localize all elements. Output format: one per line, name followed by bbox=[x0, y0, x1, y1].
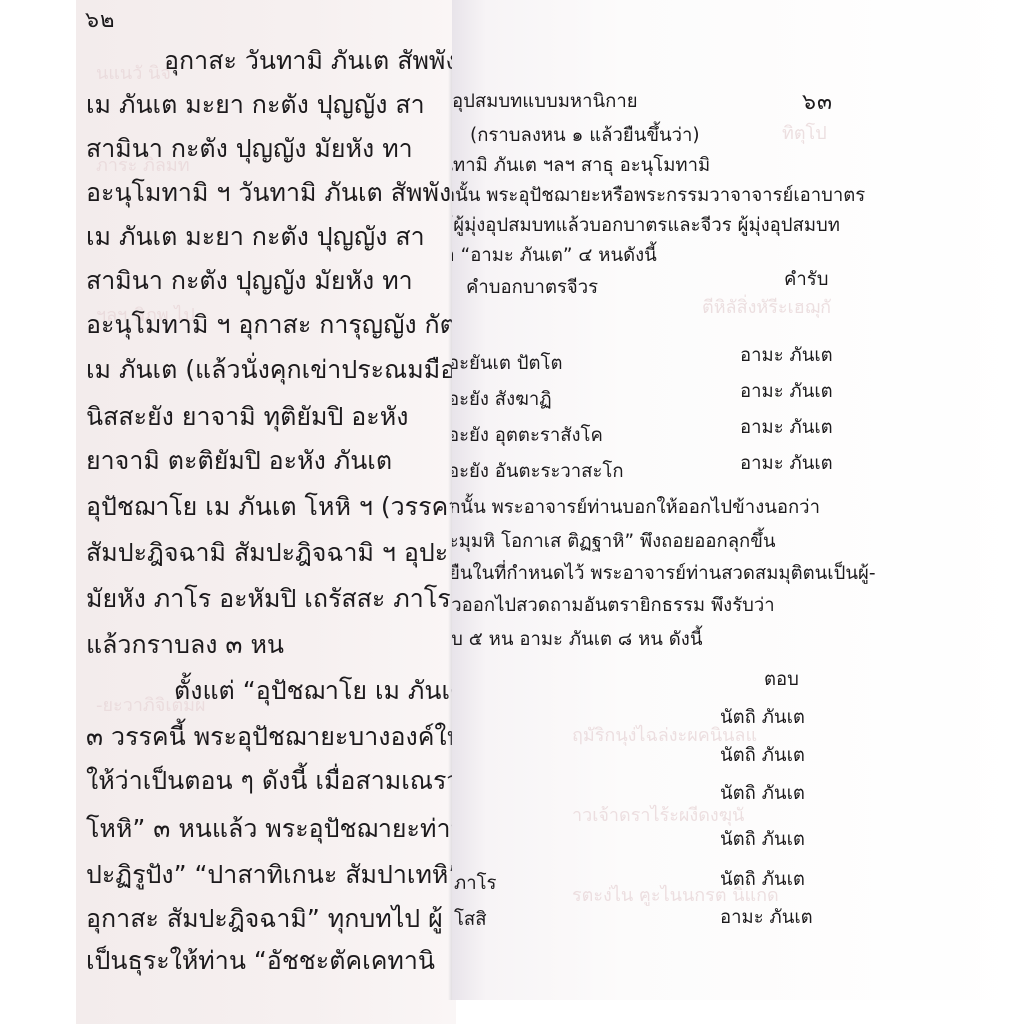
text-line: วันทามิ ภันเต ฯลฯ สาธุ อะนุโมทามิ bbox=[452, 154, 710, 178]
robe-item: อะยัง อุตตะราสังโค bbox=[452, 424, 603, 448]
answer-line: นัตถิ ภันเต bbox=[720, 868, 805, 892]
reply-heading: คำรับ bbox=[784, 268, 828, 292]
text-line: อุปัชฌาโย เม ภันเต โหหิ ฯ (วรรคว่า bbox=[86, 492, 456, 522]
text-line: ตอบ ๕ หน อามะ ภันเต ๘ หน ดังนี้ bbox=[452, 628, 703, 652]
left-page: นแนวั นิจ ภาระ ภิลมท ฯลฯ พิภพ ไป -ยะวาภิ… bbox=[76, 0, 456, 1024]
text-line: ต่อนั้น พระอุปัชฌายะหรือพระกรรมวาจาจารย์… bbox=[452, 184, 865, 208]
text-line: อุกาสะ สัมปะฎิจฉามิ” ทุกบทไป ผู้ bbox=[86, 904, 443, 934]
text-line: อุกาสะ วันทามิ ภันเต สัพพัง bbox=[164, 46, 456, 76]
robe-reply: อามะ ภันเต bbox=[740, 344, 833, 368]
answer-line: นัตถิ ภันเต bbox=[720, 828, 805, 852]
text-line: ให้ว่าเป็นตอน ๆ ดังนี้ เมื่อสามเณรว่า “ bbox=[86, 766, 456, 796]
answer-line: นัตถิ ภันเต bbox=[720, 782, 805, 806]
text-line: เม ภันเต มะยา กะตัง ปุญญัง สา bbox=[86, 222, 425, 252]
text-line: เม ภันเต (แล้วนั่งคุกเข่าประณมมือ bbox=[86, 355, 455, 385]
bleed-through-text: นแนวั นิจ bbox=[96, 58, 171, 87]
text-line: เป็นธุระให้ท่าน “อัชชะตัคเคทานิ bbox=[86, 946, 435, 976]
text-line: จากนั้น พระอาจารย์ท่านบอกให้ออกไปข้างนอก… bbox=[452, 496, 820, 520]
text-line: โหหิ” ๓ หนแล้ว พระอุปัชฌายะท่าน bbox=[86, 814, 456, 844]
text-line: แล้วกราบลง ๓ หน bbox=[86, 630, 284, 660]
text-line: อะนุโมทามิ ฯ วันทามิ ภันเต สัพพัง bbox=[86, 178, 451, 208]
page-number-left: ๖๒ bbox=[85, 2, 115, 37]
text-line: แล้วออกไปสวดถามอันตรายิกธรรม พึงรับว่า bbox=[452, 594, 775, 618]
text-fragment: โสสิ bbox=[454, 908, 487, 932]
right-page: ทิตุโป ตีหิลัสิ่งหัรีะเฮฌุกั ฤมัริกนุง่ไ… bbox=[452, 0, 1024, 1000]
robes-heading: คำบอกบาตรจีวร bbox=[466, 276, 598, 300]
background-margin bbox=[0, 0, 76, 1024]
text-line: นิสสะยัง ยาจามิ ทุติยัมปิ อะหัง bbox=[86, 402, 408, 432]
robe-item: อะยัง สังฆาฏิ bbox=[452, 388, 552, 412]
bleed-through-text: ตีหิลัสิ่งหัรีะเฮฌุกั bbox=[702, 292, 831, 321]
text-line: เม ภันเต มะยา กะตัง ปุญญัง สา bbox=[86, 90, 425, 120]
robe-item: อะยัง อันตะระวาสะโก bbox=[452, 460, 624, 484]
text-line: ว่า “อามะ ภันเต” ๔ หนดังนี้ bbox=[452, 244, 657, 268]
text-line: มัยหัง ภาโร อะหัมปิ เถรัสสะ ภาโร bbox=[86, 584, 451, 614]
page-number-right: ๖๓ bbox=[802, 84, 833, 119]
answer-line: นัตถิ ภันเต bbox=[720, 744, 805, 768]
bleed-through-text: าวเจ้าดราไร้ะผงีดงฆุนั bbox=[572, 800, 744, 829]
text-line: ๓ วรรคนี้ พระอุปัชฌายะบางองค์ให้ว่า bbox=[86, 722, 456, 752]
text-line: สัมปะฎิจฉามิ สัมปะฎิจฉามิ ฯ อุปะ bbox=[86, 538, 448, 568]
text-line: “อะมุมหิ โอกาเส ติฏฐาหิ” พึงถอยออกลุกขึ้… bbox=[452, 530, 776, 554]
text-line: ปะฏิรูปัง” “ปาสาทิเกนะ สัมปาเทหิ” bbox=[86, 860, 456, 890]
robe-reply: อามะ ภันเต bbox=[740, 380, 833, 404]
text-line: อะนุโมทามิ ฯ อุกาสะ การุญญัง กัต bbox=[86, 310, 456, 340]
answer-line: นัตถิ ภันเต bbox=[720, 706, 805, 730]
robe-reply: อามะ ภันเต bbox=[740, 416, 833, 440]
text-line: ตั้งแต่ “อุปัชฌาโย เม ภันเต bbox=[174, 676, 456, 706]
text-line: สามินา กะตัง ปุญญัง มัยหัง ทา bbox=[86, 134, 413, 164]
answer-line: อามะ ภันเต bbox=[720, 906, 813, 930]
text-line: ยาจามิ ตะติยัมปิ อะหัง ภันเต bbox=[86, 446, 392, 476]
text-line: (กราบลงหน ๑ แล้วยืนขึ้นว่า) bbox=[470, 124, 700, 148]
text-fragment: ภาโร bbox=[454, 872, 496, 896]
text-line: ให้ผู้มุ่งอุปสมบทแล้วบอกบาตรและจีวร ผู้ม… bbox=[452, 214, 840, 238]
text-line: สามินา กะตัง ปุญญัง มัยหัง ทา bbox=[86, 266, 413, 296]
section-header: อุปสมบทแบบมหานิกาย bbox=[452, 90, 638, 114]
robe-reply: อามะ ภันเต bbox=[740, 452, 833, 476]
bleed-through-text: ทิตุโป bbox=[782, 118, 827, 147]
text-line: ไปยืนในที่กำหนดไว้ พระอาจารย์ท่านสวดสมมุ… bbox=[452, 562, 876, 586]
robe-item: อะยันเต ปัตโต bbox=[452, 352, 562, 376]
answers-heading: ตอบ bbox=[764, 668, 799, 692]
